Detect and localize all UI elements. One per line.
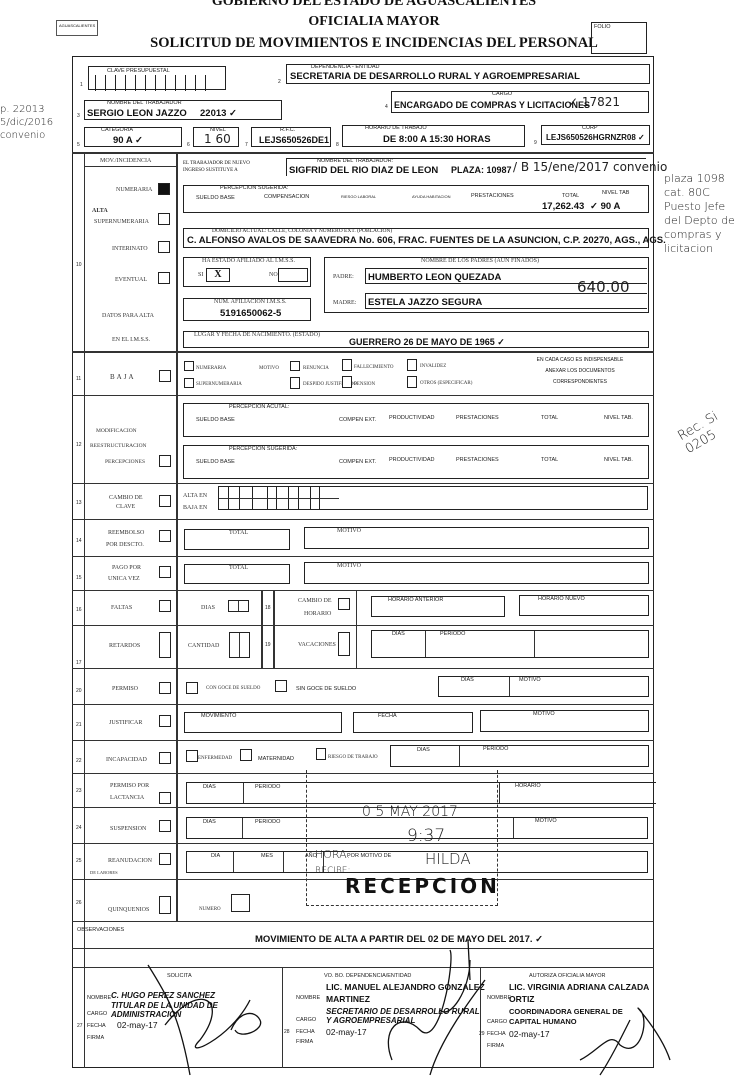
handwritten-signatures xyxy=(0,0,748,1077)
